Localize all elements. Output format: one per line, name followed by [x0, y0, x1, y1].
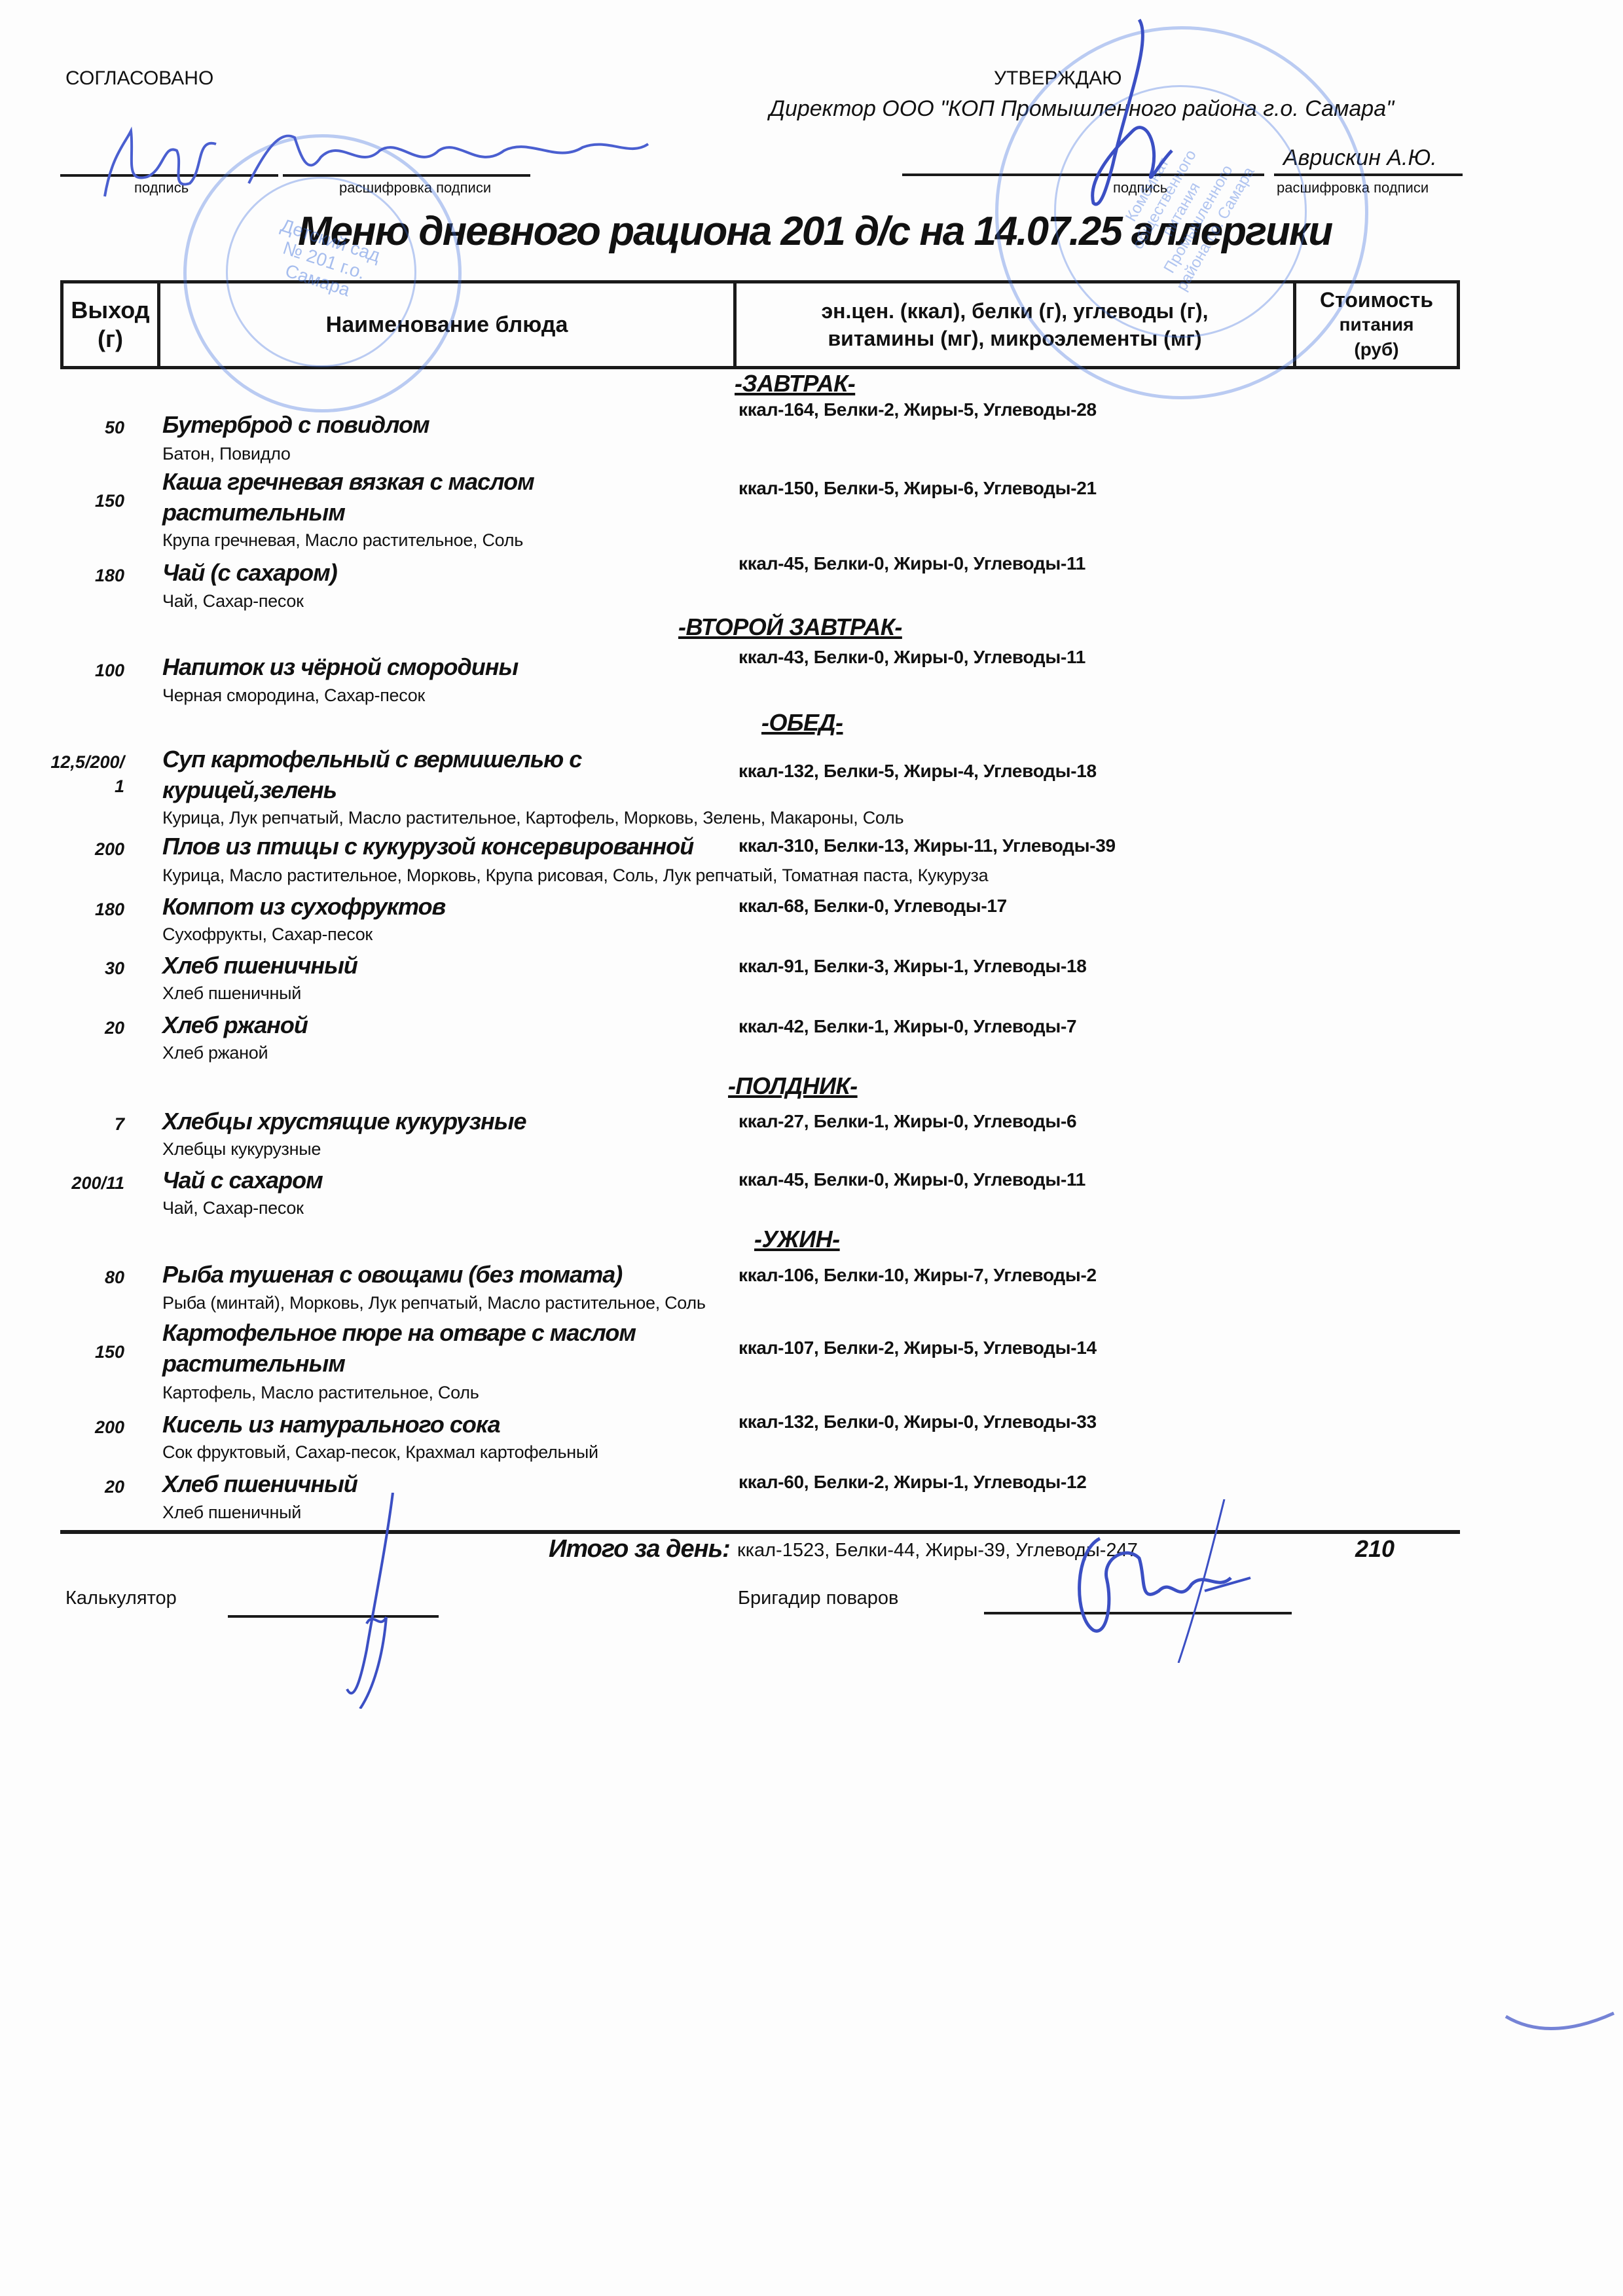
dish-nutrition: ккал-27, Белки-1, Жиры-0, Углеводы-6 [739, 1111, 1076, 1132]
dish-name: Чай с сахаром [162, 1165, 323, 1195]
item-yield: 150 [0, 1341, 124, 1363]
brigadier-label: Бригадир поваров [738, 1588, 898, 1609]
dish-nutrition: ккал-43, Белки-0, Жиры-0, Углеводы-11 [739, 647, 1085, 668]
totals-divider [60, 1530, 1460, 1534]
dish-name: Картофельное пюре на отваре с маслом [162, 1318, 636, 1348]
dish-nutrition: ккал-45, Белки-0, Жиры-0, Углеводы-11 [739, 1169, 1085, 1190]
dish-name: Хлеб ржаной [162, 1010, 308, 1040]
dish-name: Рыба тушеная с овощами (без томата) [162, 1260, 622, 1290]
dish-name: Хлебцы хрустящие кукурузные [162, 1106, 526, 1137]
dish-nutrition: ккал-164, Белки-2, Жиры-5, Углеводы-28 [739, 399, 1097, 420]
item-yield: 180 [0, 898, 124, 920]
dish-nutrition: ккал-60, Белки-2, Жиры-1, Углеводы-12 [739, 1472, 1087, 1493]
dish-ingredients: Курица, Масло растительное, Морковь, Кру… [162, 866, 988, 886]
yield-header-line1: Выход [71, 296, 149, 325]
dish-nutrition: ккал-150, Белки-5, Жиры-6, Углеводы-21 [739, 478, 1097, 499]
dish-ingredients: Хлеб пшеничный [162, 983, 301, 1004]
dish-nutrition: ккал-106, Белки-10, Жиры-7, Углеводы-2 [739, 1265, 1097, 1286]
section-dinner: -УЖИН- [754, 1226, 840, 1253]
dish-name: Бутерброд с повидлом [162, 410, 429, 440]
dish-name: Суп картофельный с вермишелью с [162, 744, 581, 774]
dish-ingredients: Черная смородина, Сахар-песок [162, 685, 425, 706]
dish-nutrition: ккал-132, Белки-0, Жиры-0, Углеводы-33 [739, 1412, 1097, 1432]
dish-ingredients: Хлебцы кукурузные [162, 1139, 321, 1159]
dish-ingredients: Батон, Повидло [162, 444, 291, 464]
totals-nutrition: ккал-1523, Белки-44, Жиры-39, Углеводы-2… [737, 1540, 1138, 1561]
right-seal-stamp: Комбинат общественного питания Промышлен… [995, 26, 1368, 399]
dish-name-line2: курицей,зелень [162, 775, 337, 805]
dish-name: Хлеб пшеничный [162, 951, 357, 981]
left-seal-stamp: Детский сад № 201 г.о. Самара [183, 134, 462, 412]
section-second-breakfast: -ВТОРОЙ ЗАВТРАК- [678, 613, 902, 641]
item-yield: 200 [0, 1416, 124, 1438]
dish-nutrition: ккал-68, Белки-0, Углеводы-17 [739, 896, 1007, 917]
dish-name: Компот из сухофруктов [162, 892, 445, 922]
dish-ingredients: Хлеб пшеничный [162, 1503, 301, 1523]
item-yield: 7 [0, 1113, 124, 1135]
dish-ingredients: Крупа гречневая, Масло растительное, Сол… [162, 530, 523, 551]
cost-header-line2: питания [1340, 312, 1414, 337]
dish-name-line2: растительным [162, 1349, 345, 1379]
yield-header-line2: (г) [98, 325, 123, 354]
dish-ingredients: Сухофрукты, Сахар-песок [162, 924, 373, 945]
dish-name: Напиток из чёрной смородины [162, 652, 518, 682]
item-yield: 200 [0, 838, 124, 860]
dish-ingredients: Чай, Сахар-песок [162, 1198, 304, 1218]
item-yield: 100 [0, 659, 124, 682]
item-yield: 50 [0, 416, 124, 439]
dish-nutrition: ккал-107, Белки-2, Жиры-5, Углеводы-14 [739, 1338, 1097, 1358]
totals-label: Итого за день: [549, 1535, 730, 1563]
dish-nutrition: ккал-310, Белки-13, Жиры-11, Углеводы-39 [739, 835, 1116, 856]
section-lunch: -ОБЕД- [761, 709, 843, 737]
item-yield: 80 [0, 1266, 124, 1288]
dish-name: Чай (с сахаром) [162, 558, 337, 588]
page-edge-pen-mark-icon [1499, 2003, 1617, 2043]
dish-name-line2: растительным [162, 498, 345, 528]
dish-nutrition: ккал-91, Белки-3, Жиры-1, Углеводы-18 [739, 956, 1087, 977]
calculator-signature-line [228, 1615, 439, 1618]
item-yield: 20 [0, 1476, 124, 1498]
dish-ingredients: Рыба (минтай), Морковь, Лук репчатый, Ма… [162, 1293, 706, 1313]
dish-name: Кисель из натурального сока [162, 1410, 500, 1440]
dish-ingredients: Картофель, Масло растительное, Соль [162, 1383, 479, 1403]
totals-cost: 210 [1355, 1535, 1395, 1563]
section-afternoon-snack: -ПОЛДНИК- [728, 1072, 858, 1100]
item-yield: 12,5/200/ [0, 751, 124, 773]
item-yield: 20 [0, 1017, 124, 1039]
left-signature-caption: подпись [134, 179, 189, 196]
column-header-yield: Выход (г) [64, 283, 160, 366]
dish-ingredients: Курица, Лук репчатый, Масло растительное… [162, 808, 903, 828]
dish-nutrition: ккал-132, Белки-5, Жиры-4, Углеводы-18 [739, 761, 1097, 782]
calculator-label: Калькулятор [65, 1588, 177, 1609]
agreed-label: СОГЛАСОВАНО [65, 67, 213, 90]
item-yield: 180 [0, 564, 124, 587]
dish-name: Плов из птицы с кукурузой консервированн… [162, 831, 693, 862]
dish-ingredients: Чай, Сахар-песок [162, 591, 304, 611]
dish-name: Каша гречневая вязкая с маслом [162, 467, 534, 497]
brigadier-signature-scribble-icon [1048, 1499, 1283, 1663]
item-yield: 150 [0, 490, 124, 512]
section-breakfast: -ЗАВТРАК- [735, 370, 855, 397]
dish-ingredients: Хлеб ржаной [162, 1043, 268, 1063]
cost-header-line3: (руб) [1354, 337, 1398, 362]
calculator-signature-scribble-icon [321, 1493, 419, 1709]
item-yield: 30 [0, 957, 124, 979]
brigadier-signature-line [984, 1612, 1292, 1614]
dish-ingredients: Сок фруктовый, Сахар-песок, Крахмал карт… [162, 1442, 598, 1463]
item-yield: 200/11 [0, 1172, 124, 1194]
item-yield-line2: 1 [0, 775, 124, 797]
dish-name: Хлеб пшеничный [162, 1469, 357, 1499]
dish-nutrition: ккал-42, Белки-1, Жиры-0, Углеводы-7 [739, 1016, 1076, 1037]
dish-nutrition: ккал-45, Белки-0, Жиры-0, Углеводы-11 [739, 553, 1085, 574]
